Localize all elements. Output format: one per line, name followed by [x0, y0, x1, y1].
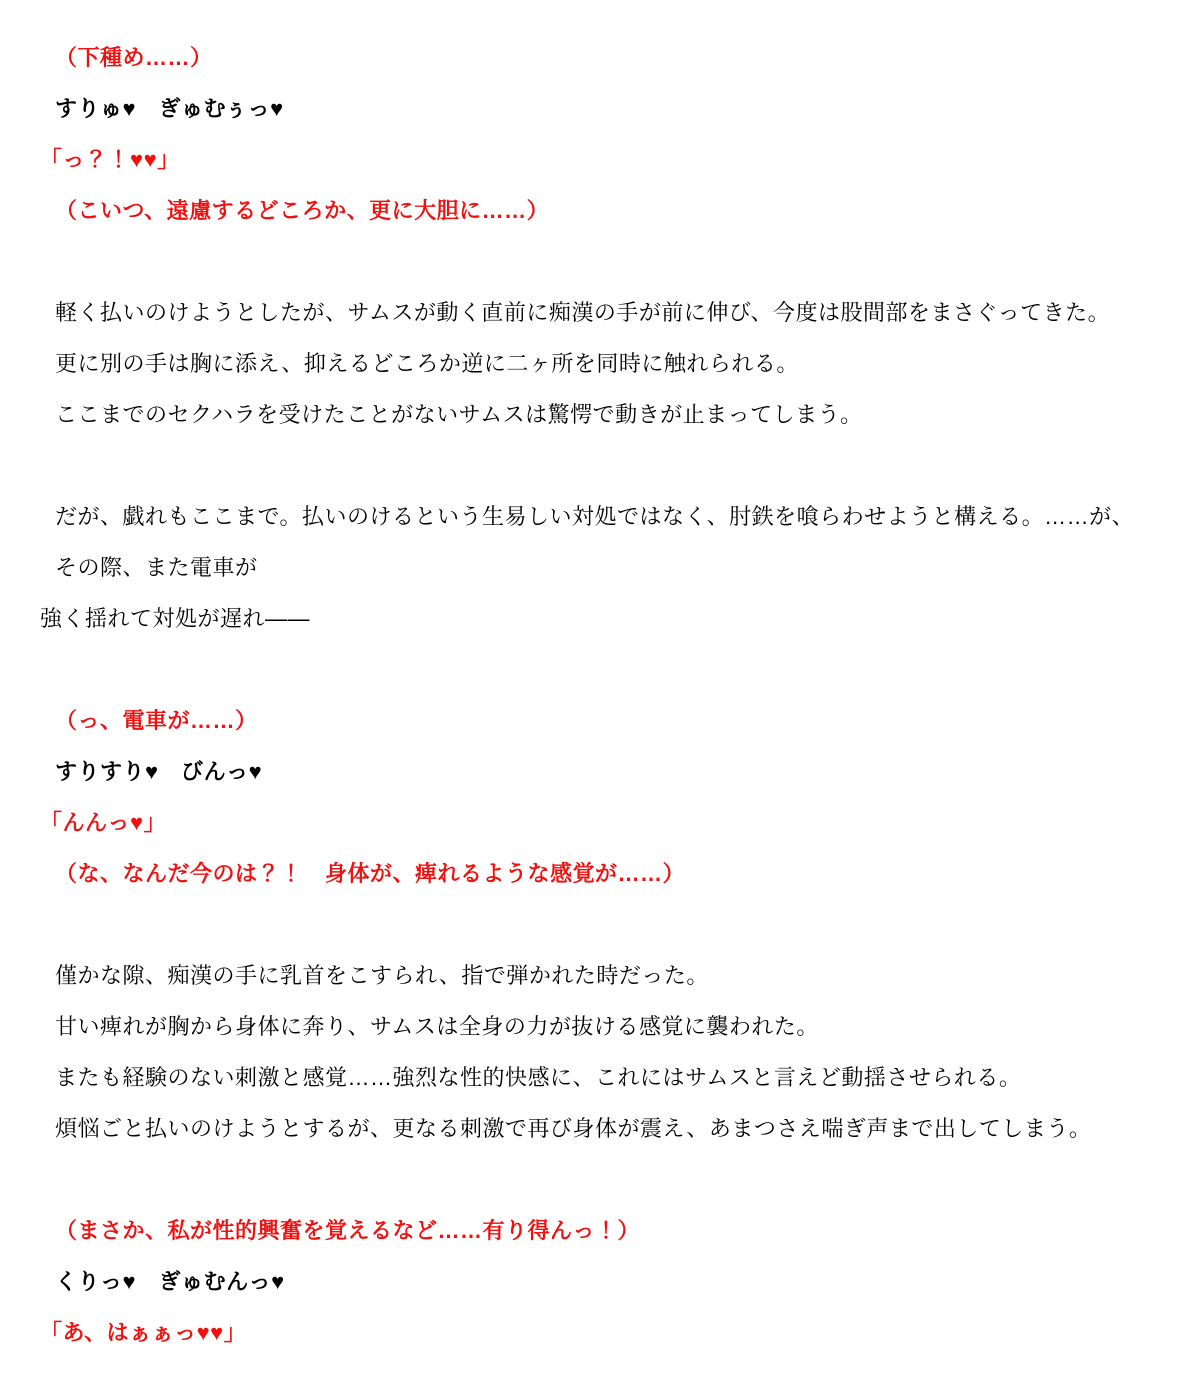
blank-line	[40, 644, 1140, 695]
narration-line: 更に別の手は胸に添え、抑えるどころか逆に二ヶ所を同時に触れられる。	[40, 338, 1140, 389]
thought-line: （まさか、私が性的興奮を覚えるなど……有り得んっ！）	[40, 1205, 1140, 1256]
thought-line: （下種め……）	[40, 32, 1140, 83]
thought-line: （こいつ、遠慮するどころか、更に大胆に……）	[40, 185, 1140, 236]
dialogue-line: 「っ？！♥♥」	[40, 134, 1140, 185]
narration-line: 軽く払いのけようとしたが、サムスが動く直前に痴漢の手が前に伸び、今度は股間部をま…	[40, 287, 1140, 338]
blank-line	[40, 1154, 1140, 1205]
blank-line	[40, 899, 1140, 950]
thought-line: （っ、電車が……）	[40, 695, 1140, 746]
sfx-line: くりっ♥ ぎゅむんっ♥	[40, 1256, 1140, 1307]
story-page: （下種め……）すりゅ♥ ぎゅむぅっ♥「っ？！♥♥」（こいつ、遠慮するどころか、更…	[0, 0, 1182, 1388]
narration-line: 煩悩ごと払いのけようとするが、更なる刺激で再び身体が震え、あまつさえ喘ぎ声まで出…	[40, 1103, 1140, 1154]
narration-continuation-line: 強く揺れて対処が遅れ――	[40, 593, 1140, 644]
sfx-line: すりゅ♥ ぎゅむぅっ♥	[40, 83, 1140, 134]
dialogue-line: 「あ、はぁぁっ♥♥」	[40, 1307, 1140, 1358]
dialogue-line: 「んんっ♥」	[40, 797, 1140, 848]
narration-line: またも経験のない刺激と感覚……強烈な性的快感に、これにはサムスと言えど動揺させら…	[40, 1052, 1140, 1103]
sfx-line: すりすり♥ びんっ♥	[40, 746, 1140, 797]
blank-line	[40, 440, 1140, 491]
narration-line: 甘い痺れが胸から身体に奔り、サムスは全身の力が抜ける感覚に襲われた。	[40, 1001, 1140, 1052]
story-text-block: （下種め……）すりゅ♥ ぎゅむぅっ♥「っ？！♥♥」（こいつ、遠慮するどころか、更…	[40, 32, 1140, 1358]
narration-line: ここまでのセクハラを受けたことがないサムスは驚愕で動きが止まってしまう。	[40, 389, 1140, 440]
blank-line	[40, 236, 1140, 287]
narration-line: だが、戯れもここまで。払いのけるという生易しい対処ではなく、肘鉄を喰らわせようと…	[40, 491, 1140, 593]
narration-line: 僅かな隙、痴漢の手に乳首をこすられ、指で弾かれた時だった。	[40, 950, 1140, 1001]
thought-line: （な、なんだ今のは？！ 身体が、痺れるような感覚が……）	[40, 848, 1140, 899]
